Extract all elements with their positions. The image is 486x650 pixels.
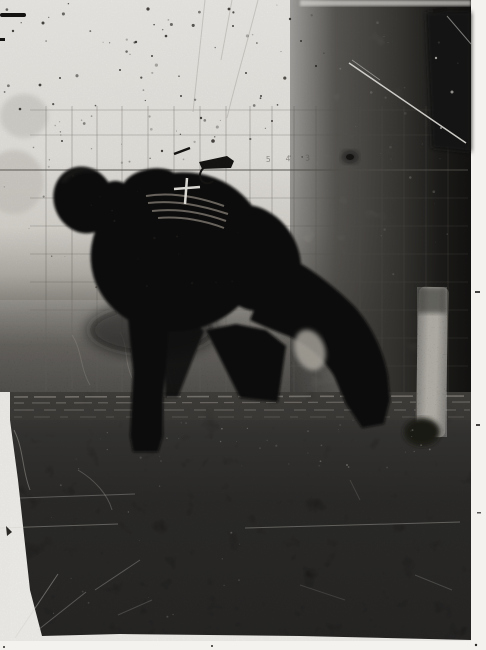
photograph: 5 4 3	[0, 0, 486, 650]
photograph-canvas: 5 4 3	[0, 0, 486, 650]
film-grain	[0, 0, 471, 641]
